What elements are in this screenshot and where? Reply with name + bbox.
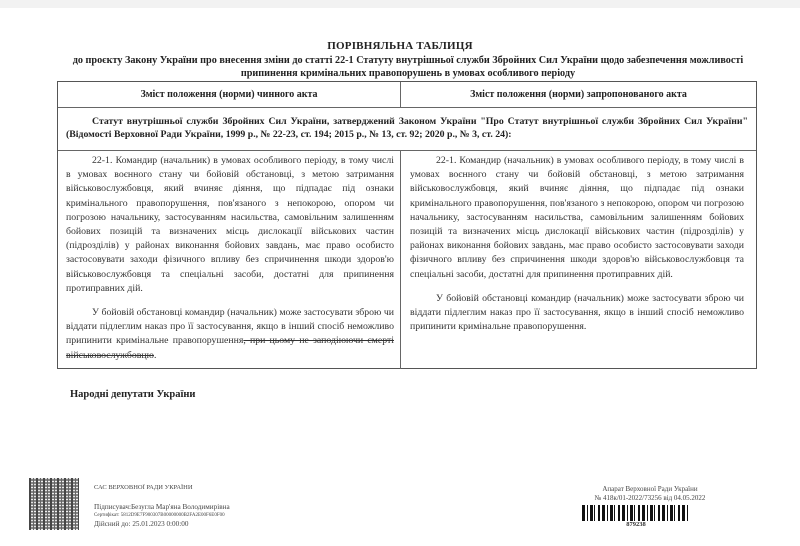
comparison-table: Зміст положення (норми) чинного акта Змі… <box>57 81 757 369</box>
current-para-2-end: . <box>154 350 156 361</box>
signature-certificate: Сертифікат: 5812D9E7F900307B00000000B2FA… <box>94 513 225 518</box>
current-act-cell: 22-1. Командир (начальник) в умовах особ… <box>66 154 394 373</box>
proposed-act-cell: 22-1. Командир (начальник) в умовах особ… <box>410 154 744 344</box>
registration-stamp: Апарат Верховної Ради України № 418к/01-… <box>560 485 740 503</box>
header-current-act: Зміст положення (норми) чинного акта <box>58 82 400 107</box>
barcode-icon <box>582 505 690 521</box>
signatories-label: Народні депутати України <box>70 389 195 400</box>
registration-number: № 418к/01-2022/73256 від 04.05.2022 <box>560 494 740 503</box>
signature-org: САС ВЕРХОВНОЇ РАДИ УКРАЇНИ <box>94 484 193 491</box>
signature-signer: Підписувач:Безугла Мар'яна Володимирівна <box>94 503 230 511</box>
proposed-para-1: 22-1. Командир (начальник) в умовах особ… <box>410 154 744 282</box>
registration-org: Апарат Верховної Ради України <box>560 485 740 494</box>
current-para-1: 22-1. Командир (начальник) в умовах особ… <box>66 154 394 296</box>
proposed-para-2: У бойовій обстановці командир (начальник… <box>410 292 744 335</box>
barcode-number: 879238 <box>582 521 690 528</box>
signature-valid-until: Дійсний до: 25.01.2023 0:00:00 <box>94 520 188 528</box>
document-title: ПОРІВНЯЛЬНА ТАБЛИЦЯ <box>0 40 800 52</box>
column-divider <box>400 151 401 369</box>
statute-row: Статут внутрішньої служби Збройних Сил У… <box>58 107 756 151</box>
header-proposed-act: Зміст положення (норми) запропонованого … <box>401 82 756 107</box>
table-header-row: Зміст положення (норми) чинного акта Змі… <box>58 82 756 108</box>
header-divider <box>400 82 401 107</box>
current-para-2: У бойовій обстановці командир (начальник… <box>66 306 394 363</box>
document-subtitle: до проєкту Закону України про внесення з… <box>58 54 758 80</box>
qr-code-icon <box>29 478 79 530</box>
top-band <box>0 0 800 8</box>
